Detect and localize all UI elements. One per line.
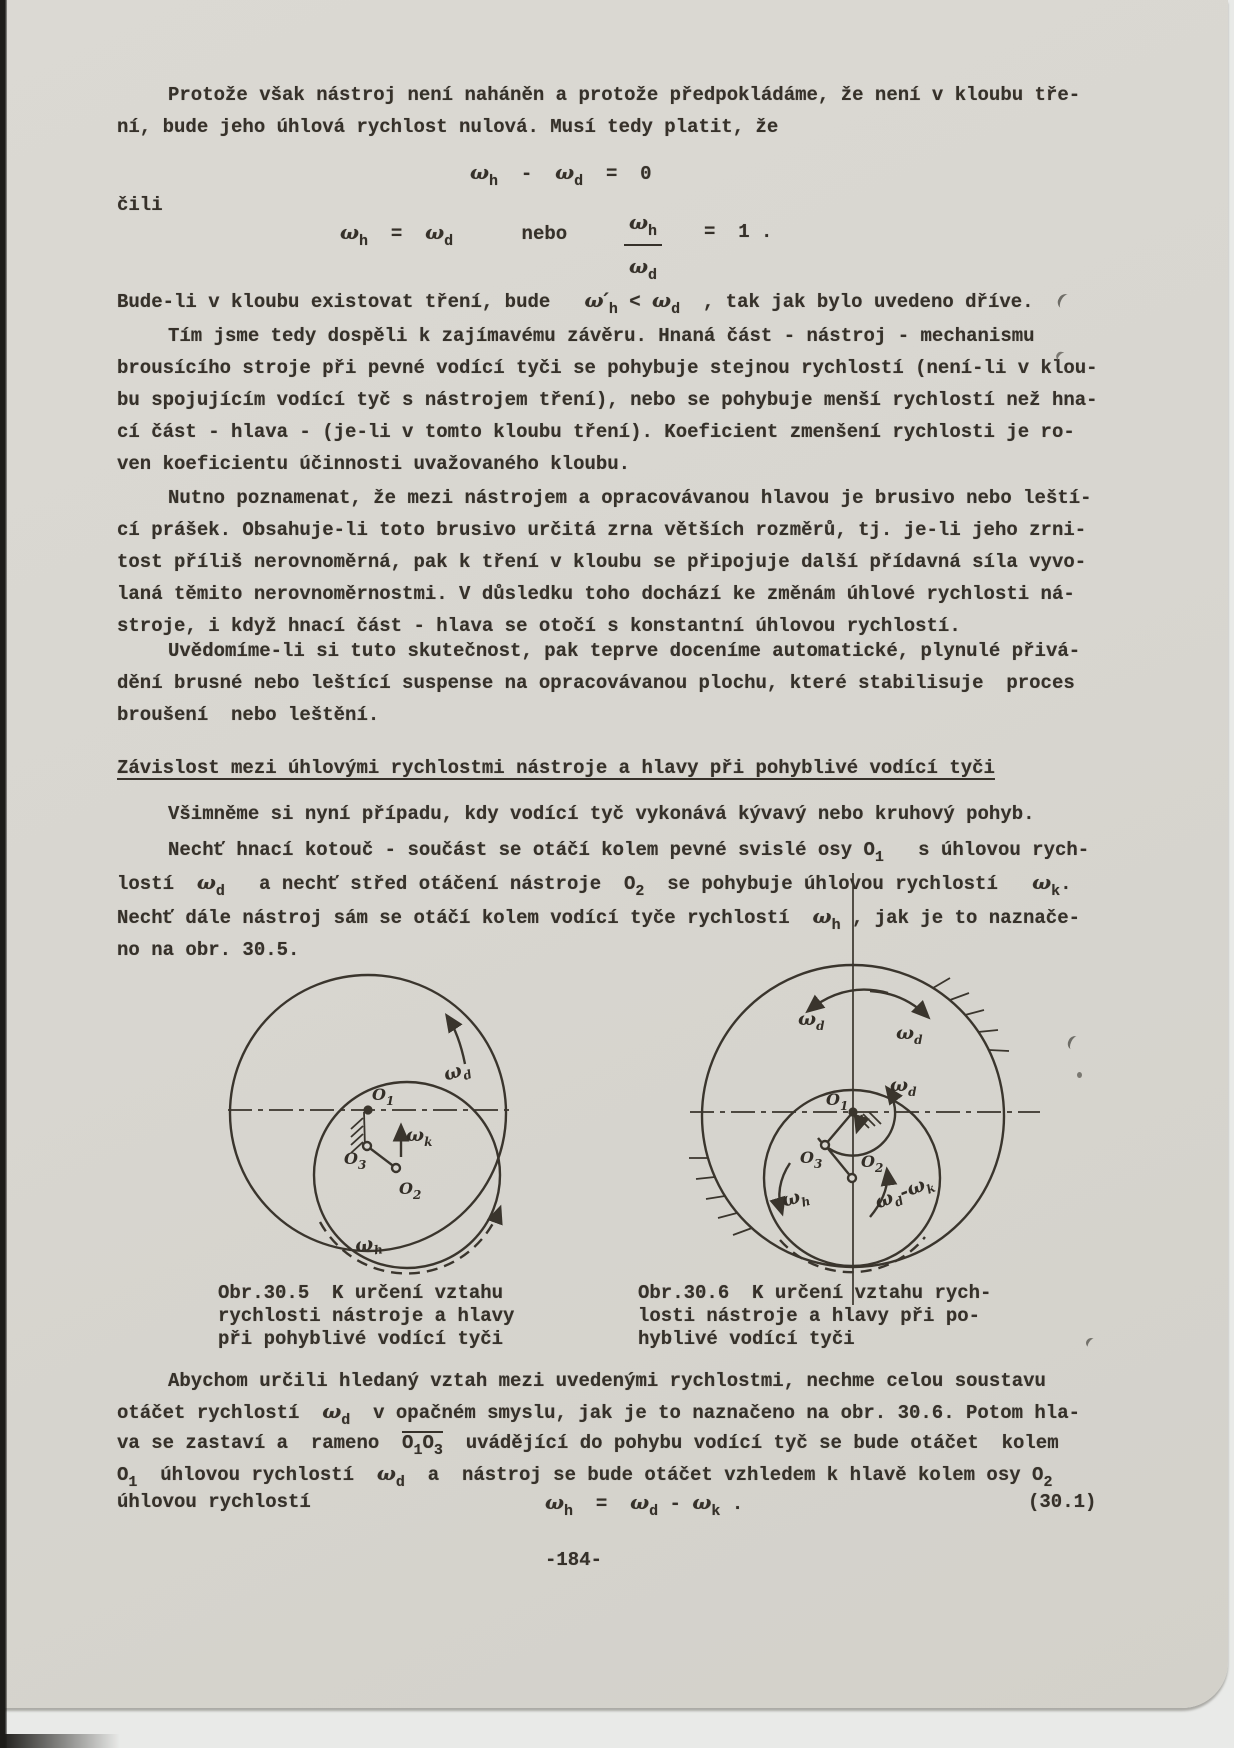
text-line: ωhωd: [624, 206, 662, 284]
text-line: dění brusné nebo leštící suspense na opr…: [117, 667, 1080, 699]
paragraph-conclusion: Tím jsme tedy dospěli k zajímavému závěr…: [117, 320, 1098, 480]
equation-lead-text: úhlovou rychlostí: [117, 1486, 311, 1518]
label-omega-h: ωh: [354, 1231, 384, 1259]
text-line: laná těmito nerovnoměrnostmi. V důsledku…: [117, 578, 1092, 610]
text-line: rychlosti nástroje a hlavy: [218, 1305, 514, 1328]
fraction: ωhωd: [624, 206, 662, 284]
figure-obr-30-5: O1 O3 O2 ωk ωd ωh: [200, 950, 540, 1280]
link-o3-o2: [367, 1146, 396, 1168]
omega-symbol: ω: [630, 1490, 649, 1514]
text-line: otáčet rychlostí ωd v opačném smyslu, ja…: [117, 1396, 1080, 1428]
figure-obr-30-6: O1 O3 O2 ωd ωd ωd ωh ωd-ωk: [640, 865, 1060, 1310]
omega-symbol: ω: [425, 220, 444, 244]
formula-omega-ratio-result: = 1 .: [704, 216, 772, 248]
text-line: cí část - hlava - (je-li v tomto kloubu …: [117, 416, 1098, 448]
omega-symbol: ω: [629, 254, 648, 278]
label-omega-h: ωh: [779, 1183, 812, 1214]
text-line: losti nástroje a hlavy při po-: [638, 1305, 991, 1328]
text-line: va se zastaví a rameno O1O3 uvádějící do…: [117, 1428, 1080, 1458]
text-line: čili: [117, 189, 163, 221]
paragraph-case-intro: Všimněme si nyní případu, kdy vodící tyč…: [117, 798, 1035, 830]
paragraph-suspension: Uvědomíme-li si tuto skutečnost, pak tep…: [117, 635, 1080, 731]
label-o2: O2: [861, 1152, 883, 1175]
label-omega-d: ωd: [441, 1056, 474, 1088]
label-o3: O3: [800, 1148, 822, 1171]
text-line: ωh = ωd - ωk .: [545, 1486, 743, 1520]
omega-symbol: ω: [629, 210, 648, 234]
text-line: Nechť hnací kotouč - součást se otáčí ko…: [117, 834, 1089, 866]
omega-symbol: ω: [377, 1461, 396, 1485]
rim-hatching-top-right: [933, 978, 1009, 1051]
joint-o2: [848, 1174, 856, 1182]
paragraph-derivation: Abychom určili hledaný vztah mezi uveden…: [117, 1366, 1080, 1490]
formula-omega-difference: ωh - ωd = 0: [470, 156, 652, 190]
overlined-segment: O1O3: [402, 1431, 443, 1454]
page-number: -184-: [545, 1544, 602, 1576]
omega-symbol: ω: [470, 160, 489, 184]
omega-d-arrow-left: [808, 990, 888, 1011]
scan-artifact: [1084, 1336, 1098, 1350]
paragraph-intro: Protože však nástroj není naháněn a prot…: [117, 79, 1080, 143]
text-line: Uvědomíme-li si tuto skutečnost, pak tep…: [117, 635, 1080, 667]
omega-symbol: ω: [545, 1490, 564, 1514]
scanned-document: Protože však nástroj není naháněn a prot…: [0, 0, 1234, 1748]
text-line: úhlovou rychlostí: [117, 1486, 311, 1518]
scan-artifact: [1077, 1072, 1082, 1078]
text-line: tost příliš nerovnoměrná, pak k tření v …: [117, 546, 1092, 578]
text-line: bu spojujícím vodící tyč s nástrojem tře…: [117, 384, 1098, 416]
pivot-o1: [365, 1107, 372, 1114]
omega-symbol: ω′: [584, 288, 608, 312]
formula-omega-ratio-fraction: ωhωd: [624, 206, 662, 284]
equation-30-1: ωh = ωd - ωk .: [545, 1486, 743, 1520]
label-omega-d-minus-k: ωd-ωk: [872, 1170, 938, 1216]
joint-o3: [363, 1142, 371, 1150]
text-line: hyblivé vodící tyči: [638, 1328, 991, 1351]
paragraph-abrasive: Nutno poznamenat, že mezi nástrojem a op…: [117, 482, 1092, 642]
label-omega-d-center: ωd: [890, 1074, 917, 1099]
text-line: ven koeficientu účinnosti uvažovaného kl…: [117, 448, 1098, 480]
omega-symbol: ω: [555, 160, 574, 184]
scan-left-edge: [0, 0, 7, 1748]
text-line: Bude-li v kloubu existovat tření, bude ω…: [117, 284, 1034, 318]
text-line: Obr.30.5 K určení vztahu: [218, 1282, 514, 1305]
equation-number: (30.1): [1028, 1486, 1096, 1518]
text-line: broušení nebo leštění.: [117, 699, 1080, 731]
label-omega-d-right: ωd: [896, 1022, 923, 1047]
formula-omega-equality: ωh = ωd nebo: [340, 216, 567, 250]
text-line: Obr.30.6 K určení vztahu rych-: [638, 1282, 991, 1305]
text-line: Protože však nástroj není naháněn a prot…: [117, 79, 1080, 111]
section-heading: Závislost mezi úhlovými rychlostmi nástr…: [117, 752, 995, 784]
link-o1-o3: [825, 1112, 853, 1145]
label-o1: O1: [372, 1085, 394, 1108]
scan-bottom-edge: [0, 1734, 120, 1748]
text-line: Nutno poznamenat, že mezi nástrojem a op…: [117, 482, 1092, 514]
figure-caption-30-5: Obr.30.5 K určení vztahurychlosti nástro…: [218, 1282, 514, 1351]
omega-symbol: ω: [652, 288, 671, 312]
text-line: = 1 .: [704, 216, 772, 248]
text-line: ωh = ωd nebo: [340, 216, 567, 250]
text-line: ní, bude jeho úhlová rychlost nulová. Mu…: [117, 111, 1080, 143]
text-line: ωh - ωd = 0: [470, 156, 652, 190]
text-line: cí prášek. Obsahuje-li toto brusivo urči…: [117, 514, 1092, 546]
equation-number-text: (30.1): [1028, 1491, 1096, 1513]
text-line: brousícího stroje při pevné vodící tyči …: [117, 352, 1098, 384]
joint-o3: [821, 1141, 829, 1149]
text-line: Tím jsme tedy dospěli k zajímavému závěr…: [117, 320, 1098, 352]
joint-o2: [392, 1164, 400, 1172]
label-o2: O2: [399, 1179, 421, 1202]
label-o1: O1: [826, 1090, 848, 1113]
scan-artifact: [1066, 1034, 1083, 1052]
label-omega-d-left: ωd: [798, 1008, 825, 1033]
omega-symbol: ω: [197, 870, 216, 894]
scan-artifact: [1055, 292, 1074, 311]
pivot-o1: [850, 1109, 857, 1116]
rim-hatching-bottom-left: [689, 1158, 752, 1235]
page-number-text: -184-: [545, 1549, 602, 1571]
figure-caption-30-6: Obr.30.6 K určení vztahu rych-losti nást…: [638, 1282, 991, 1351]
text-line: Závislost mezi úhlovými rychlostmi nástr…: [117, 752, 995, 784]
omega-symbol: ω: [692, 1490, 711, 1514]
text-line: při pohyblivé vodící tyči: [218, 1328, 514, 1351]
connector-word: čili: [117, 189, 163, 221]
label-o3: O3: [344, 1149, 366, 1172]
link-o3-o2: [825, 1145, 852, 1178]
label-omega-k: ωk: [406, 1124, 432, 1149]
omega-symbol: ω: [322, 1399, 341, 1423]
paragraph-friction-note: Bude-li v kloubu existovat tření, bude ω…: [117, 284, 1034, 318]
omega-d-arrow: [447, 1016, 465, 1064]
omega-d-arrow-right: [870, 991, 928, 1017]
text-line: Abychom určili hledaný vztah mezi uveden…: [117, 1366, 1080, 1396]
page-paper: Protože však nástroj není naháněn a prot…: [0, 0, 1228, 1708]
omega-symbol: ω: [340, 220, 359, 244]
text-line: Všimněme si nyní případu, kdy vodící tyč…: [117, 798, 1035, 830]
